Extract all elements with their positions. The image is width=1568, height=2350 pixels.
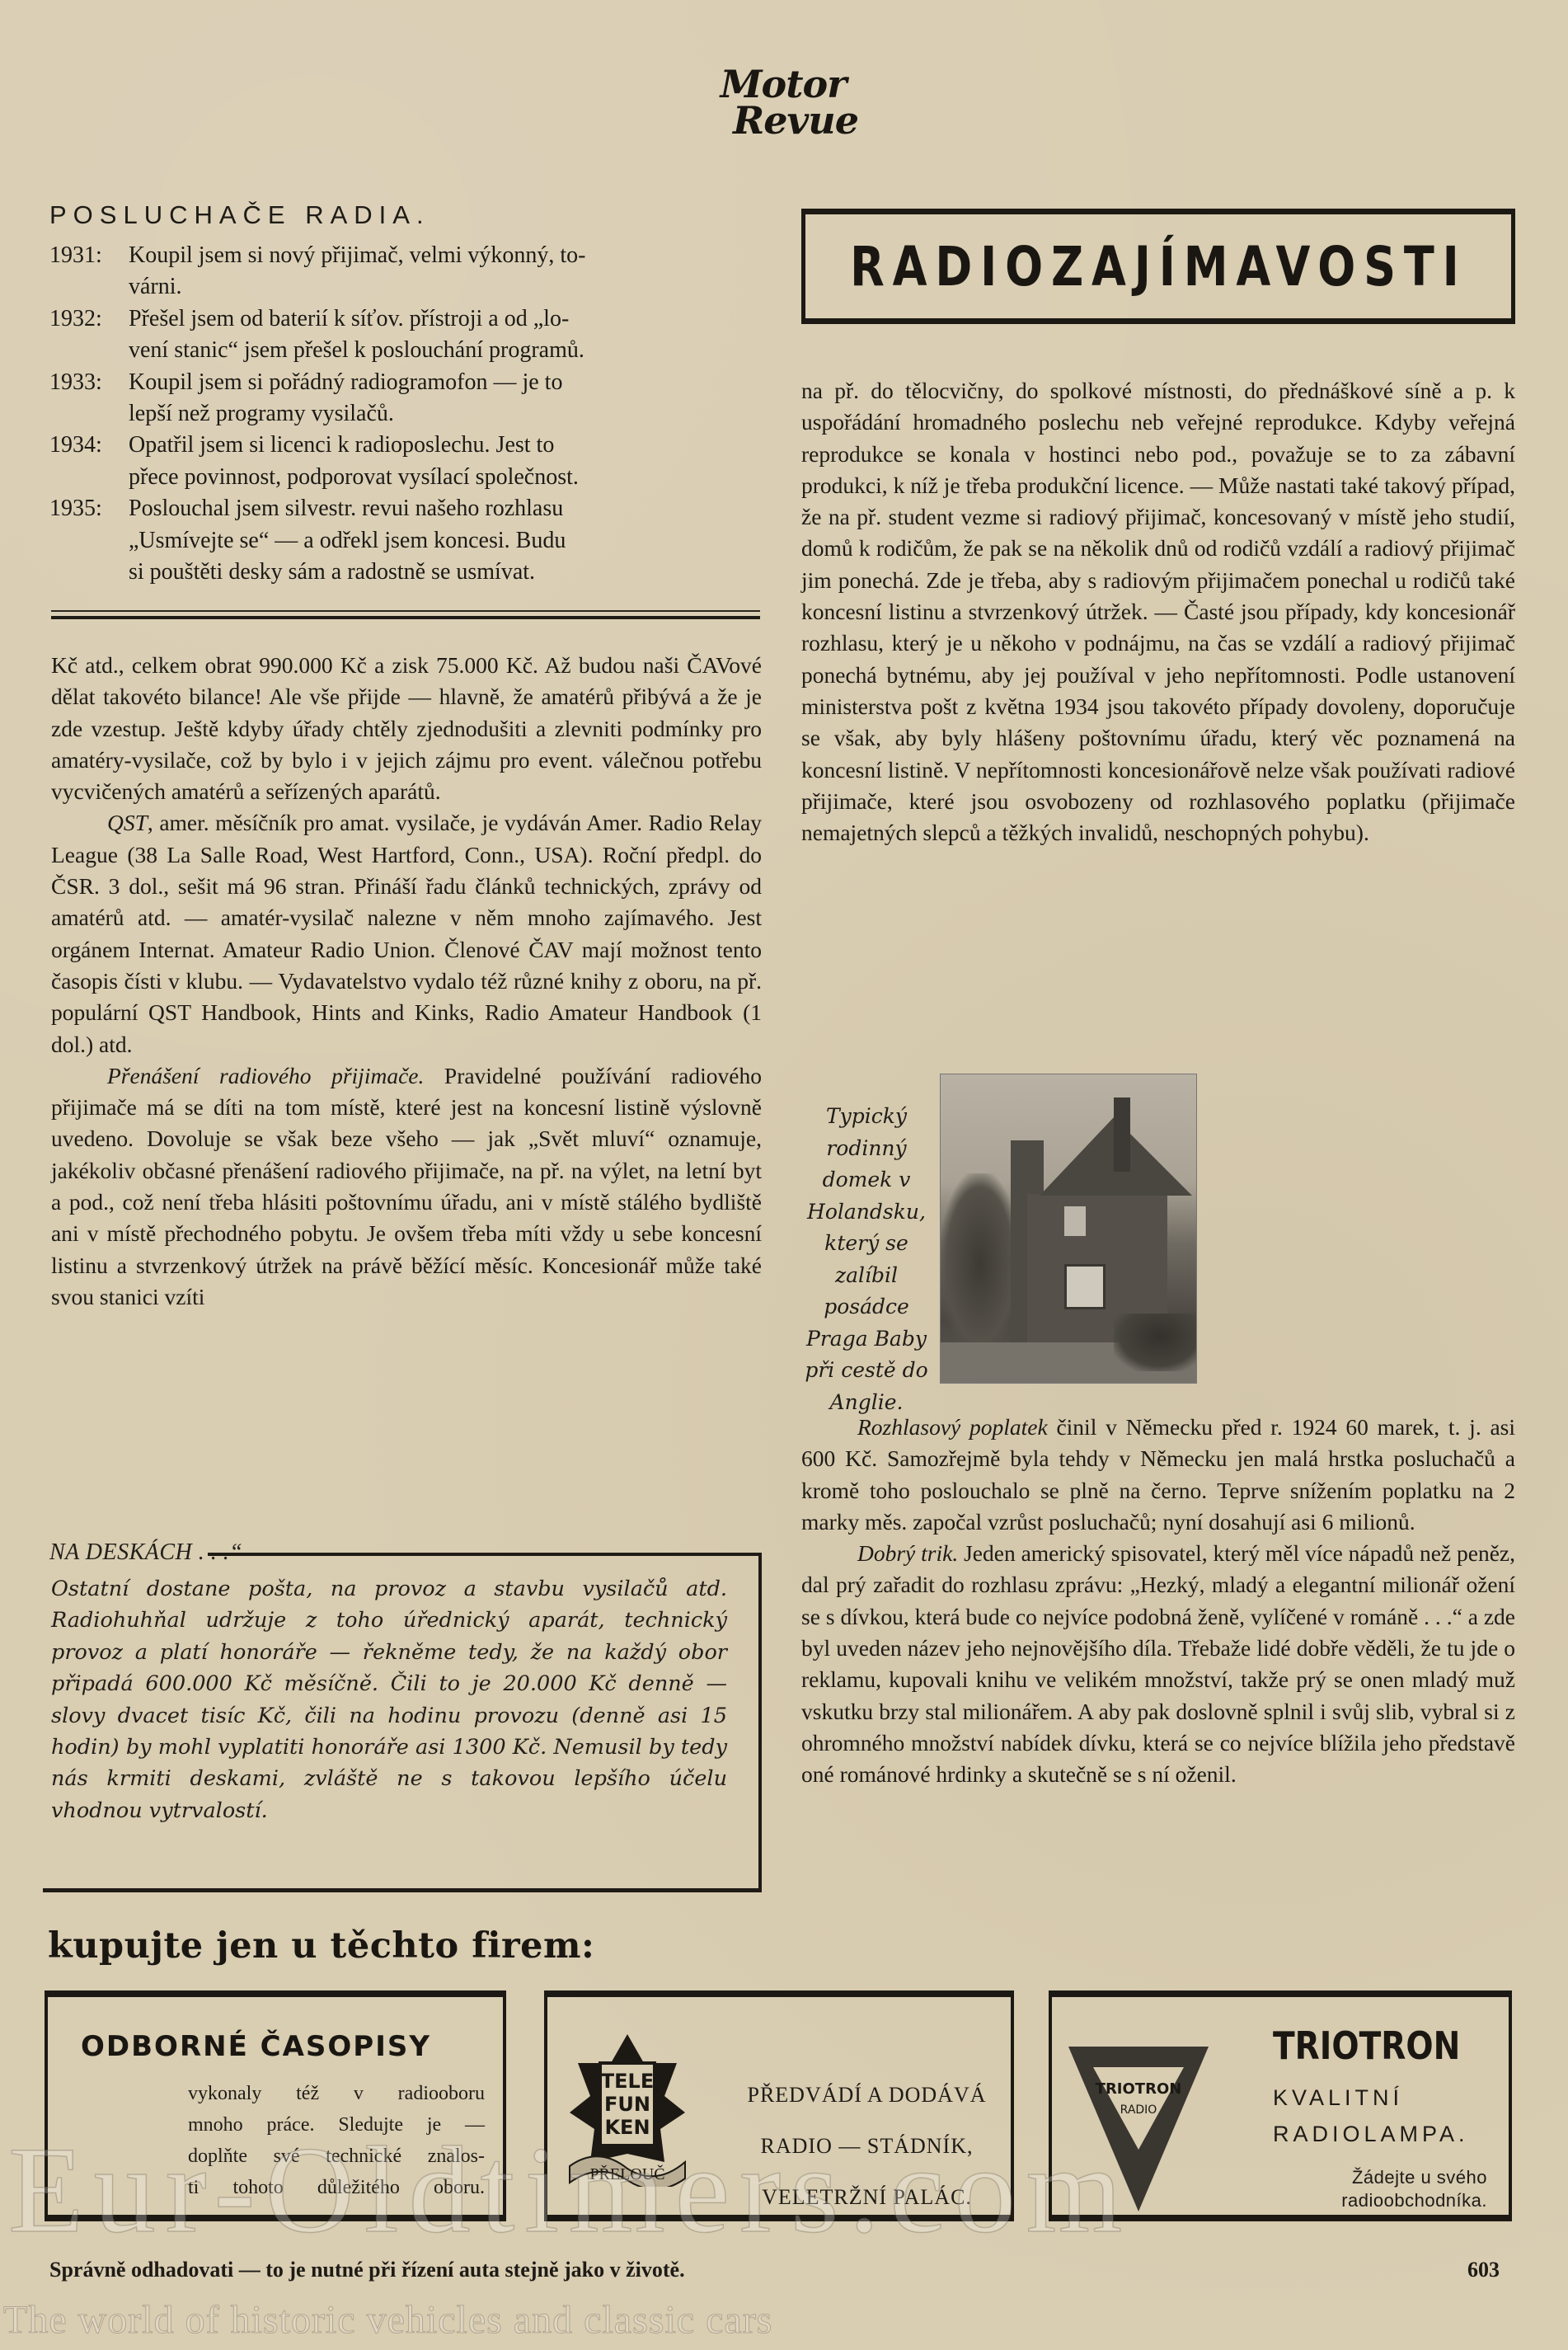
year-text: Přešel jsem od baterií k síťov. přístroj… [129, 303, 765, 335]
section-title-radiozajimavosti: RADIOZAJÍMAVOSTI [850, 235, 1467, 298]
paragraph-lead: Rozhlasový poplatek [857, 1414, 1048, 1440]
right-column-text-top: na př. do tělocvičny, do spolkové místno… [801, 375, 1515, 848]
ad-body: vykonaly též v radiooboru mnoho práce. S… [188, 2078, 485, 2203]
year-text: si pouštěti desky sám a radostně se usmí… [129, 557, 765, 588]
paragraph-poplatek: Rozhlasový poplatek činil v Německu před… [801, 1412, 1515, 1538]
year-entry: 1935: Poslouchal jsem silvestr. revui na… [49, 493, 765, 588]
year-label: 1935: [49, 493, 129, 588]
year-text: přece povinnost, podporovat vysílací spo… [129, 462, 765, 493]
footer-note: Správně odhadovati — to je nutné při říz… [49, 2258, 685, 2282]
year-entry: 1931: Koupil jsem si nový přijimač, velm… [49, 240, 765, 303]
section-title-posluchace: POSLUCHAČE RADIA. [49, 200, 430, 230]
telefunken-star-icon: TELE FUN KEN PŘELOUČ [566, 2030, 689, 2187]
right-column-text-bottom: Rozhlasový poplatek činil v Německu před… [801, 1412, 1515, 1791]
year-text: Koupil jsem si nový přijimač, velmi výko… [129, 240, 765, 271]
paragraph-qst: QST, amer. měsíčník pro amat. vysilače, … [51, 807, 762, 1060]
box-border [208, 1553, 762, 1556]
year-entry: 1932: Přešel jsem od baterií k síťov. př… [49, 303, 765, 367]
paragraph-bilance: Kč atd., celkem obrat 990.000 Kč a zisk … [51, 650, 762, 807]
svg-text:FUN: FUN [604, 2093, 650, 2116]
year-text: lepší než programy vysilačů. [129, 398, 765, 430]
year-text: vení stanic“ jsem přešel k poslouchání p… [129, 335, 765, 366]
paragraph-lead: Přenášení radiového přijimače. [107, 1063, 424, 1088]
triotron-triangle-icon: TRIOTRON RADIO [1064, 2042, 1213, 2216]
ad-call-to-action: Žádejte u svého radioobchodníka. [1265, 2166, 1487, 2212]
masthead-line-2: Revue [701, 102, 890, 139]
year-label: 1932: [49, 303, 129, 367]
paragraph-lead: QST [107, 810, 148, 835]
year-entry: 1934: Opatřil jsem si licenci k radiopos… [49, 430, 765, 493]
box-border [758, 1554, 762, 1891]
year-list: 1931: Koupil jsem si nový přijimač, velm… [49, 240, 765, 588]
masthead-logo: Motor Revue [676, 66, 890, 157]
year-label: 1933: [49, 367, 129, 430]
page-number: 603 [1467, 2258, 1500, 2282]
section-title-box: RADIOZAJÍMAVOSTI [801, 209, 1515, 324]
paragraph-lead: Dobrý trik. [857, 1540, 958, 1566]
left-column-text: Kč atd., celkem obrat 990.000 Kč a zisk … [51, 650, 762, 1313]
year-text: Koupil jsem si pořádný radiogramofon — j… [129, 367, 765, 398]
watermark-tagline: The world of historic vehicles and class… [3, 2297, 772, 2343]
svg-text:PŘELOUČ: PŘELOUČ [589, 2164, 664, 2183]
year-label: 1934: [49, 430, 129, 493]
ads-heading: kupujte jen u těchto firem: [48, 1925, 594, 1967]
ad-body: PŘEDVÁDÍ A DODÁVÁ RADIO — STÁDNÍK, VELET… [733, 2070, 1001, 2223]
paragraph-prenaseni: Přenášení radiového přijimače. Pravideln… [51, 1060, 762, 1313]
house-photo [940, 1074, 1197, 1384]
photo-caption: Typický rodinný domek v Holandsku, který… [796, 1101, 937, 1418]
svg-text:TELE: TELE [601, 2070, 654, 2093]
year-label: 1931: [49, 240, 129, 303]
paragraph-trik: Dobrý trik. Jeden americký spisovatel, k… [801, 1538, 1515, 1790]
svg-text:KEN: KEN [604, 2116, 650, 2139]
box-border [43, 1888, 762, 1892]
ad-heading: ODBORNÉ ČASOPISY [81, 2030, 431, 2063]
desk-box-text: Ostatní dostane pošta, na provoz a stavb… [51, 1573, 727, 1826]
ad-telefunken-stadnik: TELE FUN KEN PŘELOUČ PŘEDVÁDÍ A DODÁVÁ R… [544, 1990, 1014, 2221]
year-text: Poslouchal jsem silvestr. revui našeho r… [129, 493, 765, 524]
year-text: Opatřil jsem si licenci k radioposlechu.… [129, 430, 765, 461]
year-text: várni. [129, 271, 765, 303]
year-entry: 1933: Koupil jsem si pořádný radiogramof… [49, 367, 765, 430]
svg-text:RADIO: RADIO [1120, 2103, 1157, 2117]
section-divider [51, 610, 760, 619]
ad-odborne-casopisy: ODBORNÉ ČASOPISY vykonaly též v radioobo… [45, 1990, 506, 2221]
ad-tagline: KVALITNÍ RADIOLAMPA. [1273, 2080, 1469, 2152]
svg-text:TRIOTRON: TRIOTRON [1096, 2080, 1182, 2098]
year-text: „Usmívejte se“ — a odřekl jsem koncesi. … [129, 525, 765, 557]
ad-brand: TRIOTRON [1273, 2023, 1460, 2068]
ad-triotron: TRIOTRON RADIO TRIOTRON KVALITNÍ RADIOLA… [1049, 1990, 1512, 2221]
paragraph-prenaseni-cont: na př. do tělocvičny, do spolkové místno… [801, 375, 1515, 848]
